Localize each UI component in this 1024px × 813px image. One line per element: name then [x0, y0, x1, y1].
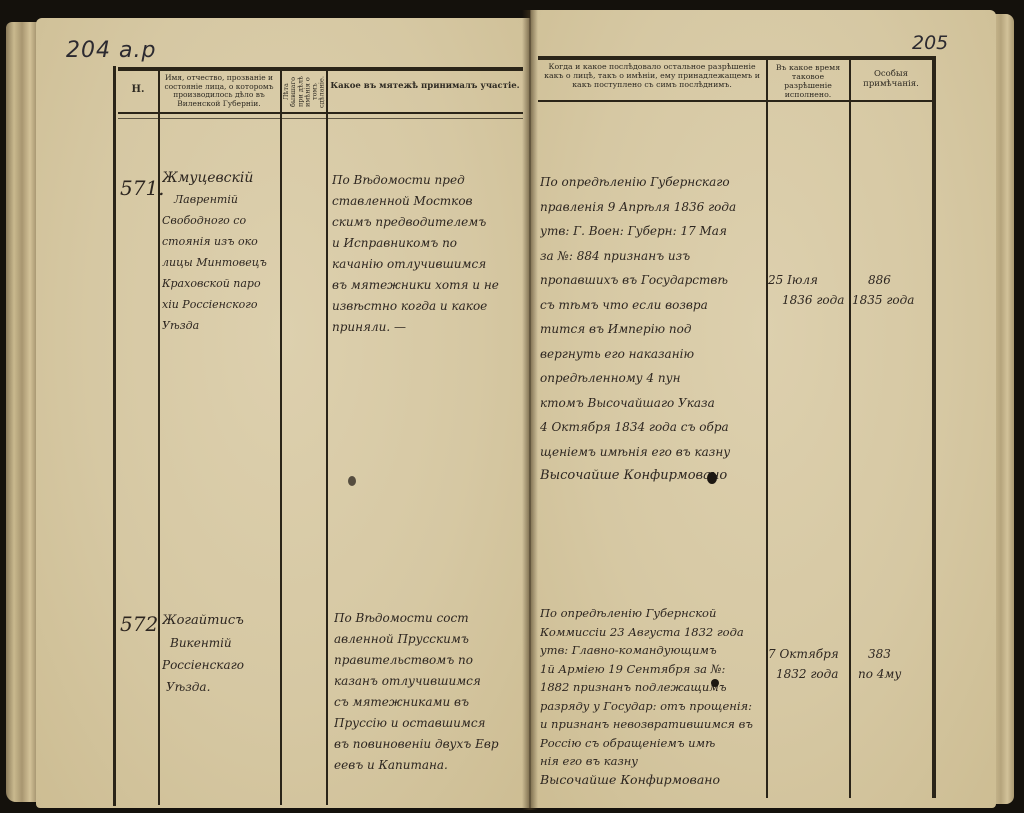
name-line: Жмуцевскiй: [162, 168, 280, 189]
resolution-line: ктомъ Высочайшаго Указа: [540, 391, 766, 416]
folio-number-right: 205: [912, 32, 948, 54]
col-rule-year: [326, 70, 328, 805]
right-top-rule: [538, 56, 935, 60]
header-name: Имя, отчество, прозванiе и состоянiе лиц…: [160, 74, 278, 109]
entry-executed: 25 Iюля 1836 года: [768, 270, 850, 310]
resolution-line: опредѣленному 4 пун: [540, 366, 766, 391]
folio-number-left: 204 а.р: [66, 38, 156, 63]
resolution-line: правленiя 9 Апрѣля 1836 года: [540, 195, 766, 220]
col-rule-resolution: [766, 58, 768, 798]
entry-participation: По Вѣдомости пред ставленной Мостков ски…: [332, 170, 524, 338]
name-line: стоянiя изъ око: [162, 231, 280, 252]
participation-line: извѣстно когда и какое: [332, 296, 524, 317]
resolution-line: 4 Октября 1834 года съ обра: [540, 415, 766, 440]
entry-name: Жогайтисъ Викентiй Россiенскаго Уѣзда.: [162, 610, 280, 698]
book-gutter: [522, 10, 538, 810]
name-line: Лаврентiй: [162, 189, 280, 210]
entry-executed: 7 Октября 1832 года: [768, 644, 850, 684]
resolution-line: вергнуть его наказанiю: [540, 342, 766, 367]
left-header-bottom-rule: [118, 112, 523, 114]
left-border-rule: [113, 66, 116, 806]
resolution-line: утв: Г. Воен: Губерн: 17 Мая: [540, 219, 766, 244]
participation-line: качанiю отлучившимся: [332, 254, 524, 275]
participation-line: приняли. —: [332, 317, 524, 338]
participation-line: въ мятежники хотя и не: [332, 275, 524, 296]
participation-line: правительствомъ по: [334, 650, 524, 671]
resolution-line: 1882 признанъ подлежащимъ: [540, 678, 766, 697]
name-line: лицы Минтовецъ: [162, 252, 280, 273]
notes-line: 383: [852, 644, 932, 664]
resolution-line: 1й Армiею 19 Сентября за №:: [540, 660, 766, 679]
participation-line: скимъ предводителемъ: [332, 212, 524, 233]
participation-line: казанъ отлучившимся: [334, 671, 524, 692]
participation-line: съ мятежниками въ: [334, 692, 524, 713]
header-number: Н.: [120, 84, 156, 96]
name-line: Уѣзда.: [162, 676, 280, 698]
ledger-spread: 204 а.р 205 Н. Имя, отчество, прозванiе …: [0, 0, 1024, 813]
resolution-line: Коммиссiи 23 Августа 1832 года: [540, 623, 766, 642]
name-line: Россiенскаго: [162, 654, 280, 676]
right-border-rule: [932, 56, 936, 798]
executed-line: 25 Iюля: [768, 270, 850, 290]
name-line: Жогайтисъ: [162, 610, 280, 632]
participation-line: По Вѣдомости пред: [332, 170, 524, 191]
name-line: Викентiй: [162, 632, 280, 654]
name-line: Уѣзда: [162, 315, 280, 336]
header-year: Лѣта бывшаго при дѣлѣ имѣнiя о томъ сдѣл…: [283, 72, 323, 112]
entry-name: Жмуцевскiй Лаврентiй Свободного со стоян…: [162, 168, 280, 336]
resolution-line: нiя его въ казну: [540, 752, 766, 771]
participation-line: По Вѣдомости сост: [334, 608, 524, 629]
executed-line: 1836 года: [768, 290, 850, 310]
entry-resolution: По опредѣленiю Губернскаго правленiя 9 А…: [540, 170, 766, 489]
left-header-bottom-rule-2: [118, 118, 523, 119]
name-line: Краховской паро: [162, 273, 280, 294]
resolution-line: пропавшихъ въ Государствѣ: [540, 268, 766, 293]
participation-line: ставленной Мостков: [332, 191, 524, 212]
participation-line: въ повиновенiи двухъ Евр: [334, 734, 524, 755]
col-rule-name: [280, 70, 282, 805]
header-notes: Особыя примѣчанiя.: [852, 70, 930, 90]
resolution-line: Высочайше Конфирмовано: [540, 771, 766, 790]
left-top-rule: [118, 67, 523, 71]
resolution-line: и признанъ невозвратившимся въ: [540, 715, 766, 734]
participation-line: еевъ и Капитана.: [334, 755, 524, 776]
resolution-line: По опредѣленiю Губернской: [540, 604, 766, 623]
executed-line: 7 Октября: [768, 644, 850, 664]
header-resolution: Когда и какое послѣдовало остальное разр…: [540, 63, 764, 90]
participation-line: авленной Прусскимъ: [334, 629, 524, 650]
entry-number: 572: [120, 612, 158, 636]
resolution-line: По опредѣленiю Губернскаго: [540, 170, 766, 195]
name-line: Свободного со: [162, 210, 280, 231]
entry-notes: 886 1835 года: [852, 270, 932, 310]
entry-notes: 383 по 4му: [852, 644, 932, 684]
col-rule-executed: [849, 58, 851, 798]
executed-line: 1832 года: [768, 664, 850, 684]
resolution-line: щенiемъ имѣнiя его въ казну: [540, 440, 766, 465]
resolution-line: Россiю съ обращенiемъ имѣ: [540, 734, 766, 753]
header-participation: Какое въ мятежѣ принималъ участiе.: [330, 82, 520, 92]
notes-line: по 4му: [852, 664, 932, 684]
ink-blot: [711, 679, 719, 687]
participation-line: Пруссiю и оставшимся: [334, 713, 524, 734]
resolution-line: утв: Главно-командующимъ: [540, 641, 766, 660]
resolution-line: съ тѣмъ что если возвра: [540, 293, 766, 318]
notes-line: 1835 года: [852, 290, 932, 310]
header-executed: Въ какое время таковое разрѣшенiе исполн…: [768, 64, 848, 100]
ink-blot: [348, 476, 356, 486]
entry-number: 571.: [120, 176, 165, 200]
name-line: хiи Россiенского: [162, 294, 280, 315]
resolution-line: тится въ Имперiю под: [540, 317, 766, 342]
participation-line: и Исправникомъ по: [332, 233, 524, 254]
ink-blot: [707, 472, 717, 484]
resolution-line: Высочайше Конфирмовано: [540, 464, 766, 489]
resolution-line: за №: 884 признанъ изъ: [540, 244, 766, 269]
notes-line: 886: [852, 270, 932, 290]
resolution-line: разряду у Государ: отъ прощенiя:: [540, 697, 766, 716]
entry-participation: По Вѣдомости сост авленной Прусскимъ пра…: [334, 608, 524, 776]
right-header-bottom-rule: [538, 100, 935, 102]
entry-resolution: По опредѣленiю Губернской Коммиссiи 23 А…: [540, 604, 766, 789]
